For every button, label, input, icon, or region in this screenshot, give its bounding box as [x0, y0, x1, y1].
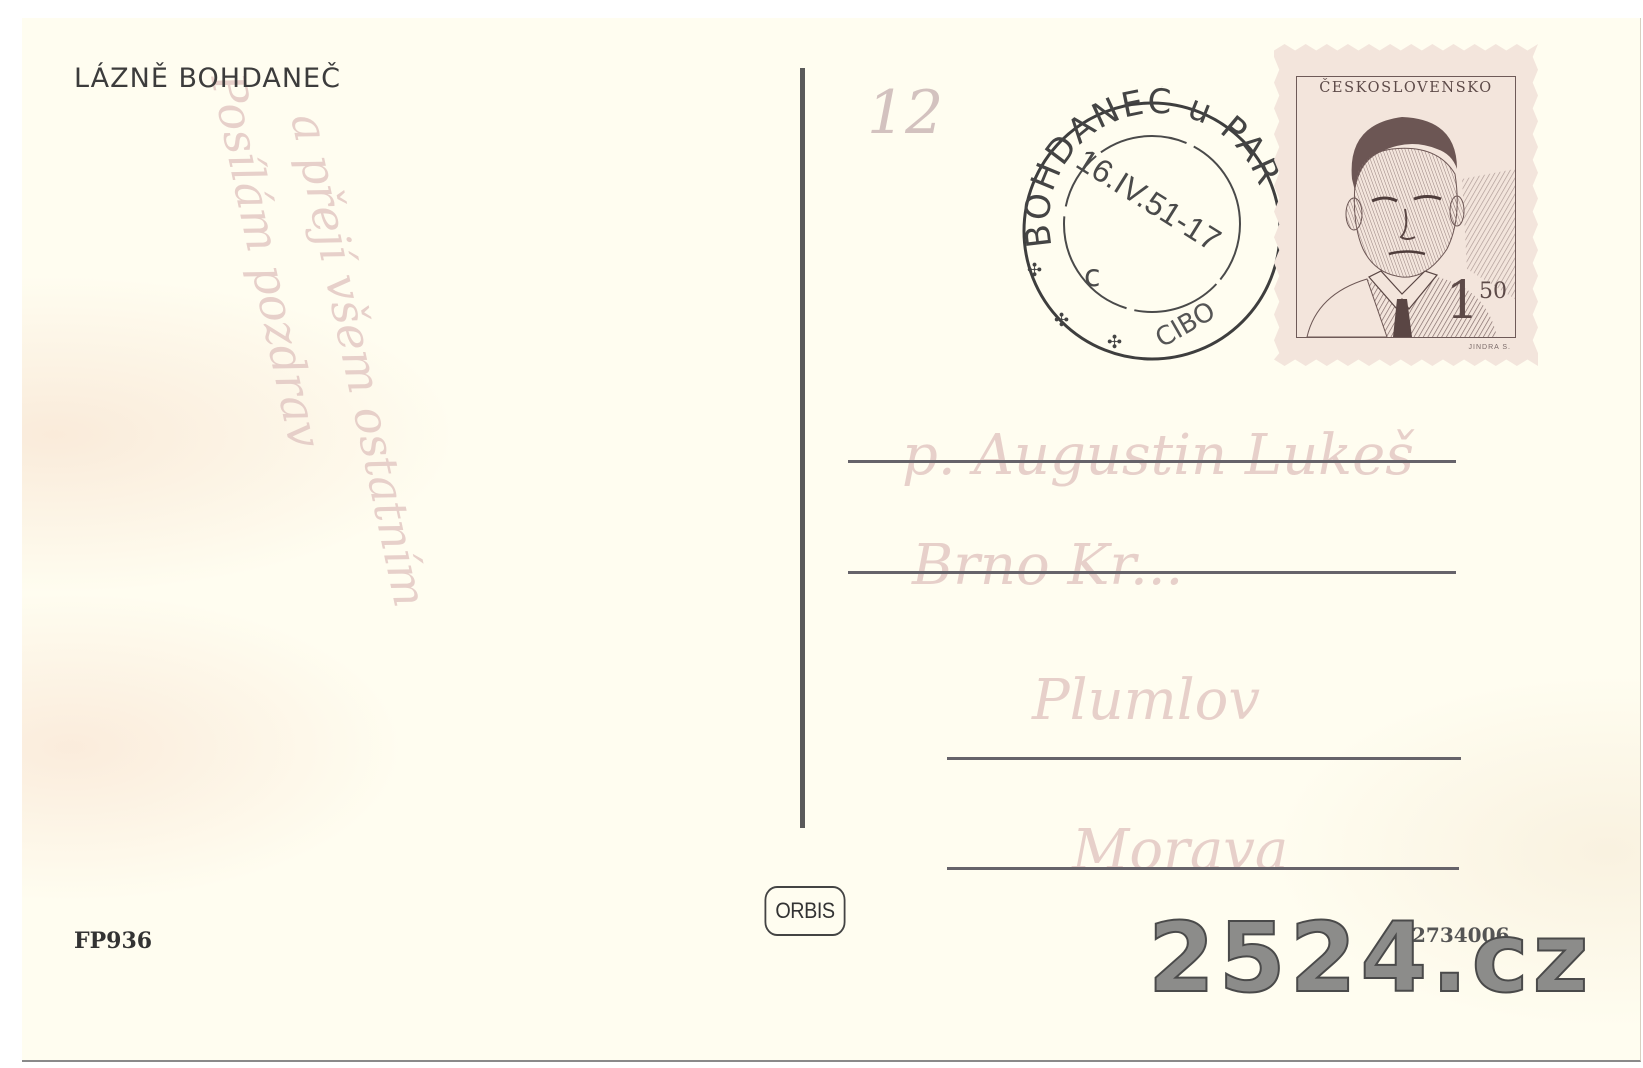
address-line-4: [947, 867, 1459, 870]
stamp-country: ČESKOSLOVENSKO: [1297, 80, 1515, 96]
svg-text:c: c: [1084, 259, 1101, 294]
address-line-2: [848, 571, 1456, 574]
address-line-1: [848, 460, 1456, 463]
handwritten-address-line: p. Augustin Lukeš: [902, 423, 1414, 488]
watermark: 2524.cz: [1148, 910, 1592, 1006]
svg-text:✣: ✣: [1054, 310, 1069, 330]
center-divider-line: [800, 68, 805, 828]
handwritten-address-line: Morava: [1072, 818, 1288, 883]
postmark-date: 16.IV.51-17: [1070, 141, 1227, 258]
handwritten-address-line: Brno Kr...: [912, 533, 1183, 598]
series-code: FP936: [74, 928, 152, 954]
handwritten-address-line: Plumlov: [1032, 668, 1260, 733]
stamp-frame: ČESKOSLOVENSKO: [1296, 76, 1516, 338]
svg-text:BOHDANEČ u PARD.: BOHDANEČ u PARD.: [1012, 86, 1282, 250]
address-line-3: [947, 757, 1461, 760]
svg-text:✣: ✣: [1107, 332, 1122, 352]
stamp-engraver: JINDRA S.: [1469, 344, 1511, 351]
pencil-mark: 12: [867, 78, 943, 148]
stamp-value: 150: [1446, 275, 1507, 327]
svg-text:✣: ✣: [1027, 260, 1042, 280]
postage-stamp: ČESKOSLOVENSKO: [1274, 44, 1538, 366]
publisher-logo: ORBIS: [765, 886, 846, 936]
postmark-icon: BOHDANEČ u PARD. 16.IV.51-17 c ✣ ✣ ✣ CIB…: [1012, 86, 1282, 371]
postcard-title: LÁZNĚ BOHDANEČ: [74, 63, 341, 94]
